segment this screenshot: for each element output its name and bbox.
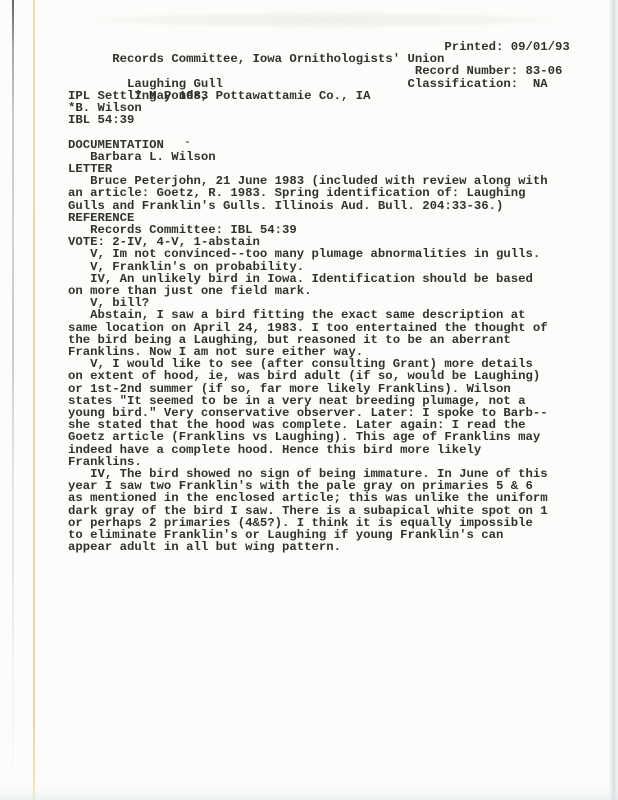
scan-left-edge-shadow-line	[12, 0, 14, 780]
scan-fold-line	[33, 0, 35, 800]
record-ibl-ref: IBL 54:39	[68, 114, 608, 126]
scan-right-edge-band	[608, 0, 618, 800]
scan-bottom-edge-band	[0, 788, 618, 800]
document-text: Records Committee, Iowa Ornithologists' …	[68, 41, 608, 553]
printed-date: Printed: 09/01/93	[444, 41, 569, 53]
record-date-line: 7 May 1983 Classification: NA	[68, 78, 608, 90]
document-header-line: Records Committee, Iowa Ornithologists' …	[68, 41, 608, 53]
record-summary-block: Laughing Gull Record Number: 83-06 7 May…	[68, 65, 608, 126]
record-observer: *B. Wilson	[68, 102, 608, 114]
record-number: Record Number: 83-06	[415, 65, 563, 77]
record-location: IPL Settling Ponds, Pottawattamie Co., I…	[68, 90, 608, 102]
scan-top-smudge	[90, 12, 560, 28]
scanned-page: Records Committee, Iowa Ornithologists' …	[0, 0, 618, 800]
blank-line	[68, 126, 608, 138]
record-species-line: Laughing Gull Record Number: 83-06	[68, 65, 608, 77]
committee-title: Records Committee, Iowa Ornithologists' …	[112, 52, 444, 66]
document-body: DOCUMENTATION Barbara L. Wilson LETTER B…	[68, 139, 608, 554]
record-classification: Classification: NA	[407, 78, 547, 90]
